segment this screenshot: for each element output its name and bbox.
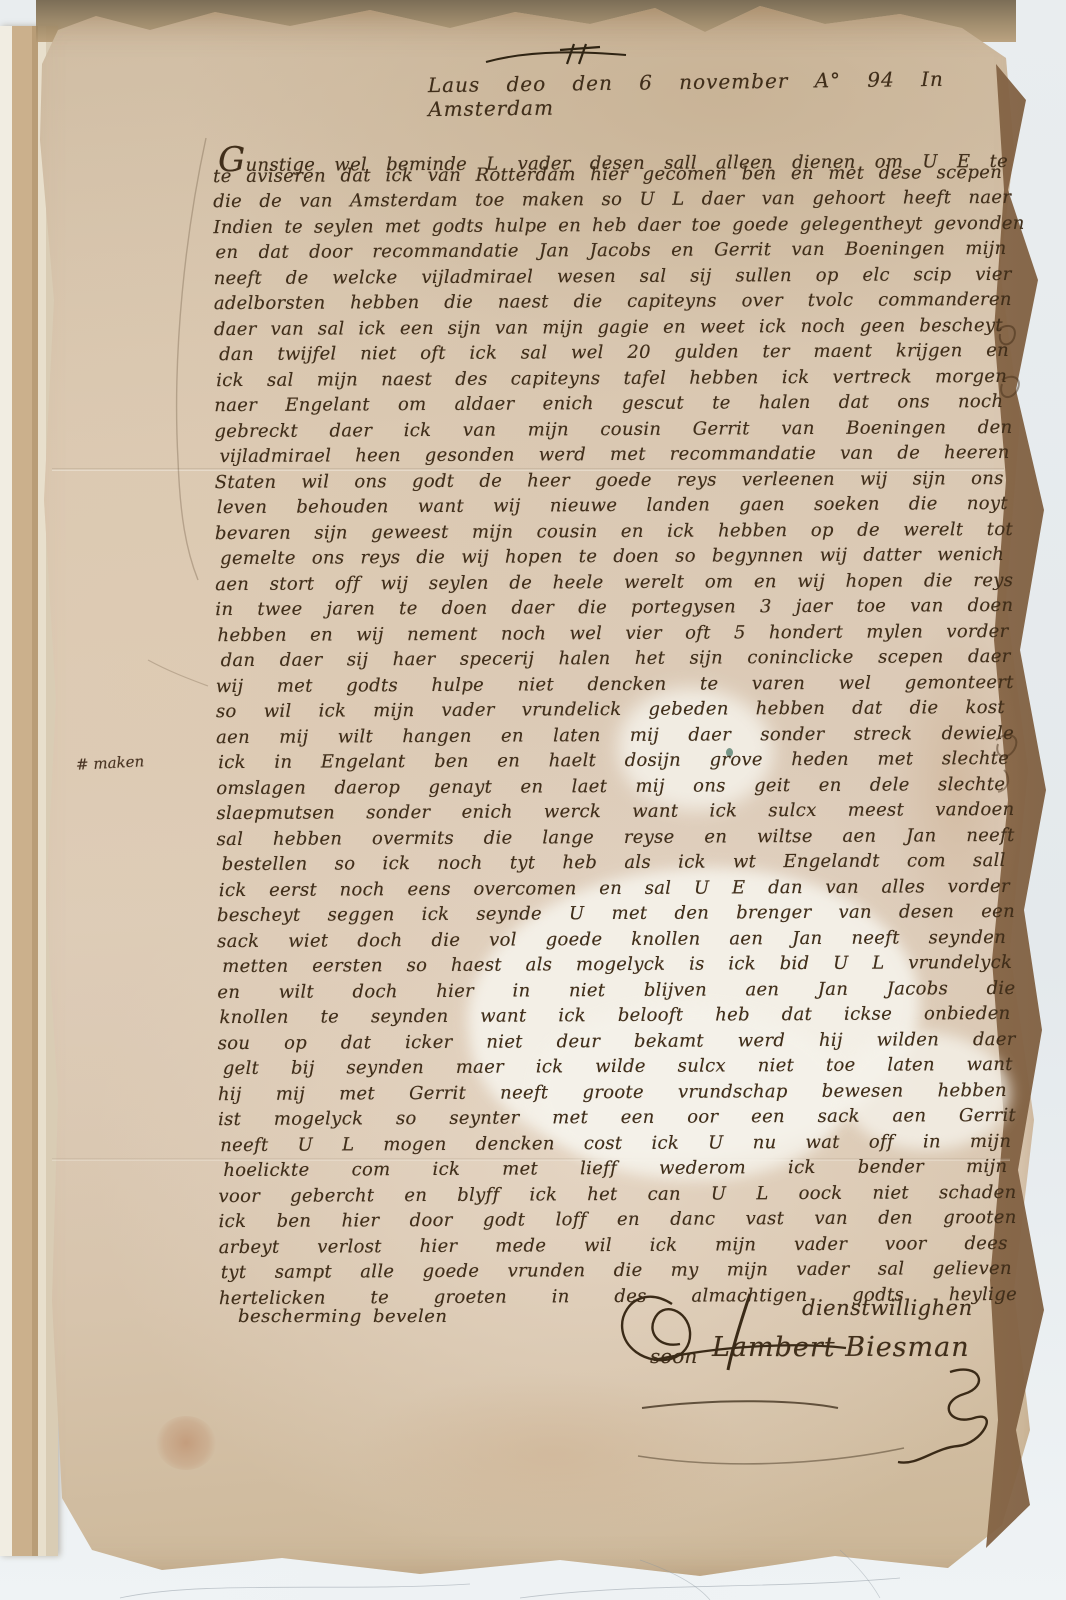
- background-crack-lines: [0, 1540, 1066, 1600]
- margin-note: # maken: [76, 752, 145, 774]
- letter-body: Gunstige wel beminde L vader desen sall …: [213, 136, 1017, 1313]
- signature-flourish-icon: [598, 1280, 1038, 1470]
- dateline: Laus deo den 6 november A° 94 In Amsterd…: [428, 67, 945, 121]
- bleedthrough-marks: [984, 300, 1040, 820]
- underlying-page-edges: [0, 26, 58, 1556]
- scanned-letter-page: { "document": { "kind": "handwritten let…: [0, 0, 1066, 1600]
- round-stain: [156, 1416, 216, 1470]
- handwriting-line: Gunstige wel beminde L vader desen sall …: [218, 136, 1008, 166]
- letter-body-last-line: bescherming bevelen: [238, 1306, 448, 1327]
